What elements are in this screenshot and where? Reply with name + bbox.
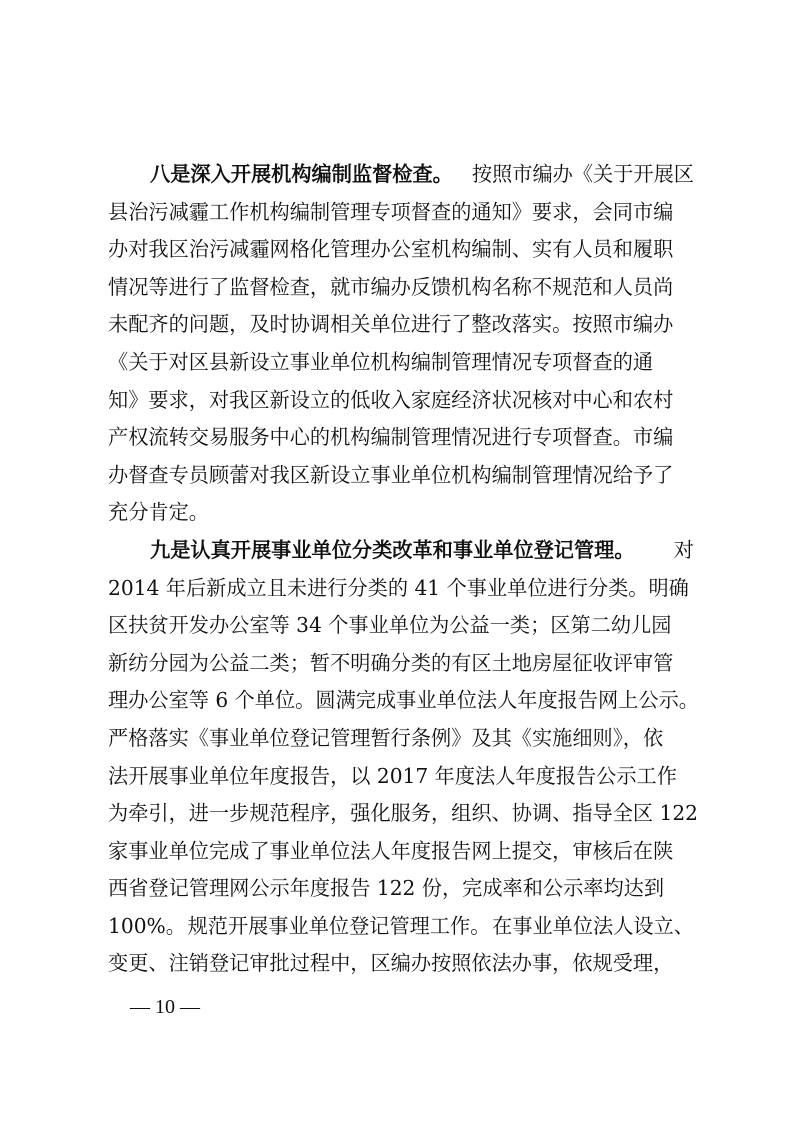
paragraph-text: 对 bbox=[674, 532, 694, 570]
paragraph-line: 变更、注销登记审批过程中，区编办按照依法办事，依规受理， bbox=[108, 945, 694, 983]
section-heading: 八是深入开展机构编制监督检查。 bbox=[150, 156, 453, 194]
paragraph-text: 办对我区治污减霾网格化管理办公室机构编制、实有人员和履职 bbox=[108, 231, 673, 269]
page-number: — 10 — bbox=[130, 996, 200, 1019]
paragraph-line: 2014 年后新成立且未进行分类的 41 个事业单位进行分类。明确 bbox=[108, 570, 694, 608]
document-page: 八是深入开展机构编制监督检查。按照市编办《关于开展区 县治污减霾工作机构编制管理… bbox=[0, 0, 793, 1122]
paragraph-text: 未配齐的问题，及时协调相关单位进行了整改落实。按照市编办 bbox=[108, 306, 673, 344]
paragraph-text: 情况等进行了监督检查，就市编办反馈机构名称不规范和人员尚 bbox=[108, 269, 673, 307]
paragraph-text: 在事业单位法人设立、 bbox=[492, 908, 694, 946]
paragraph-text: 县治污减霾工作机构编制管理专项督查的通知》要求，会同市编 bbox=[108, 194, 673, 232]
paragraph-text: 产权流转交易服务中心的机构编制管理情况进行专项督查。市编 bbox=[108, 419, 673, 457]
paragraph-text: 西省登记管理网公示年度报告 122 份，完成率和公示率均达到 bbox=[108, 870, 664, 908]
paragraph-text: 100%。 bbox=[108, 908, 186, 946]
paragraph-line: 为牵引，进一步规范程序，强化服务，组织、协调、指导全区 122 bbox=[108, 795, 694, 833]
paragraph-line: 家事业单位完成了事业单位法人年度报告网上提交，审核后在陕 bbox=[108, 833, 694, 871]
paragraph-line: 办督查专员顾蕾对我区新设立事业单位机构编制管理情况给予了 bbox=[108, 457, 694, 495]
paragraph-line: 100%。规范开展事业单位登记管理工作。在事业单位法人设立、 bbox=[108, 908, 694, 946]
paragraph-text: 为牵引，进一步规范程序，强化服务，组织、协调、指导全区 122 bbox=[108, 795, 698, 833]
paragraph-line: 产权流转交易服务中心的机构编制管理情况进行专项督查。市编 bbox=[108, 419, 694, 457]
paragraph-text: 按照市编办《关于开展区 bbox=[472, 156, 694, 194]
paragraph-line: 八是深入开展机构编制监督检查。按照市编办《关于开展区 bbox=[108, 156, 694, 194]
paragraph-text: 充分肯定。 bbox=[108, 494, 209, 532]
paragraph-line: 区扶贫开发办公室等 34 个事业单位为公益一类；区第二幼儿园 bbox=[108, 607, 694, 645]
paragraph-line: 办对我区治污减霾网格化管理办公室机构编制、实有人员和履职 bbox=[108, 231, 694, 269]
paragraph-line: 法开展事业单位年度报告，以 2017 年度法人年度报告公示工作 bbox=[108, 758, 694, 796]
paragraph-text: 办督查专员顾蕾对我区新设立事业单位机构编制管理情况给予了 bbox=[108, 457, 673, 495]
paragraph-text: 变更、注销登记审批过程中，区编办按照依法办事，依规受理， bbox=[108, 945, 673, 983]
paragraph-line: 严格落实《事业单位登记管理暂行条例》及其《实施细则》，依 bbox=[108, 720, 694, 758]
document-body: 八是深入开展机构编制监督检查。按照市编办《关于开展区 县治污减霾工作机构编制管理… bbox=[108, 156, 694, 983]
paragraph-text: 2014 年后新成立且未进行分类的 41 个事业单位进行分类。明确 bbox=[108, 570, 689, 608]
paragraph-text: 《关于对区县新设立事业单位机构编制管理情况专项督查的通 bbox=[108, 344, 653, 382]
paragraph-text: 理办公室等 6 个单位。 bbox=[108, 682, 315, 720]
subheading-emphasis: 圆满完成事业单位法人年度报告网上公示。 bbox=[315, 682, 699, 720]
section-heading: 九是认真开展事业单位分类改革和事业单位登记管理。 bbox=[150, 532, 635, 570]
paragraph-line: 新纺分园为公益二类；暂不明确分类的有区土地房屋征收评审管 bbox=[108, 645, 694, 683]
paragraph-text: 严格落实《事业单位登记管理暂行条例》及其《实施细则》，依 bbox=[108, 720, 663, 758]
paragraph-line: 西省登记管理网公示年度报告 122 份，完成率和公示率均达到 bbox=[108, 870, 694, 908]
paragraph-line: 充分肯定。 bbox=[108, 494, 694, 532]
paragraph-line: 《关于对区县新设立事业单位机构编制管理情况专项督查的通 bbox=[108, 344, 694, 382]
paragraph-text: 区扶贫开发办公室等 34 个事业单位为公益一类；区第二幼儿园 bbox=[108, 607, 671, 645]
subheading-emphasis: 规范开展事业单位登记管理工作。 bbox=[188, 908, 491, 946]
paragraph-text: 家事业单位完成了事业单位法人年度报告网上提交，审核后在陕 bbox=[108, 833, 673, 871]
paragraph-text: 知》要求，对我区新设立的低收入家庭经济状况核对中心和农村 bbox=[108, 382, 673, 420]
paragraph-line: 理办公室等 6 个单位。圆满完成事业单位法人年度报告网上公示。 bbox=[108, 682, 694, 720]
paragraph-line: 未配齐的问题，及时协调相关单位进行了整改落实。按照市编办 bbox=[108, 306, 694, 344]
paragraph-line: 情况等进行了监督检查，就市编办反馈机构名称不规范和人员尚 bbox=[108, 269, 694, 307]
paragraph-line: 知》要求，对我区新设立的低收入家庭经济状况核对中心和农村 bbox=[108, 382, 694, 420]
paragraph-text: 法开展事业单位年度报告，以 2017 年度法人年度报告公示工作 bbox=[108, 758, 677, 796]
paragraph-line: 九是认真开展事业单位分类改革和事业单位登记管理。对 bbox=[108, 532, 694, 570]
paragraph-line: 县治污减霾工作机构编制管理专项督查的通知》要求，会同市编 bbox=[108, 194, 694, 232]
paragraph-text: 新纺分园为公益二类；暂不明确分类的有区土地房屋征收评审管 bbox=[108, 645, 673, 683]
